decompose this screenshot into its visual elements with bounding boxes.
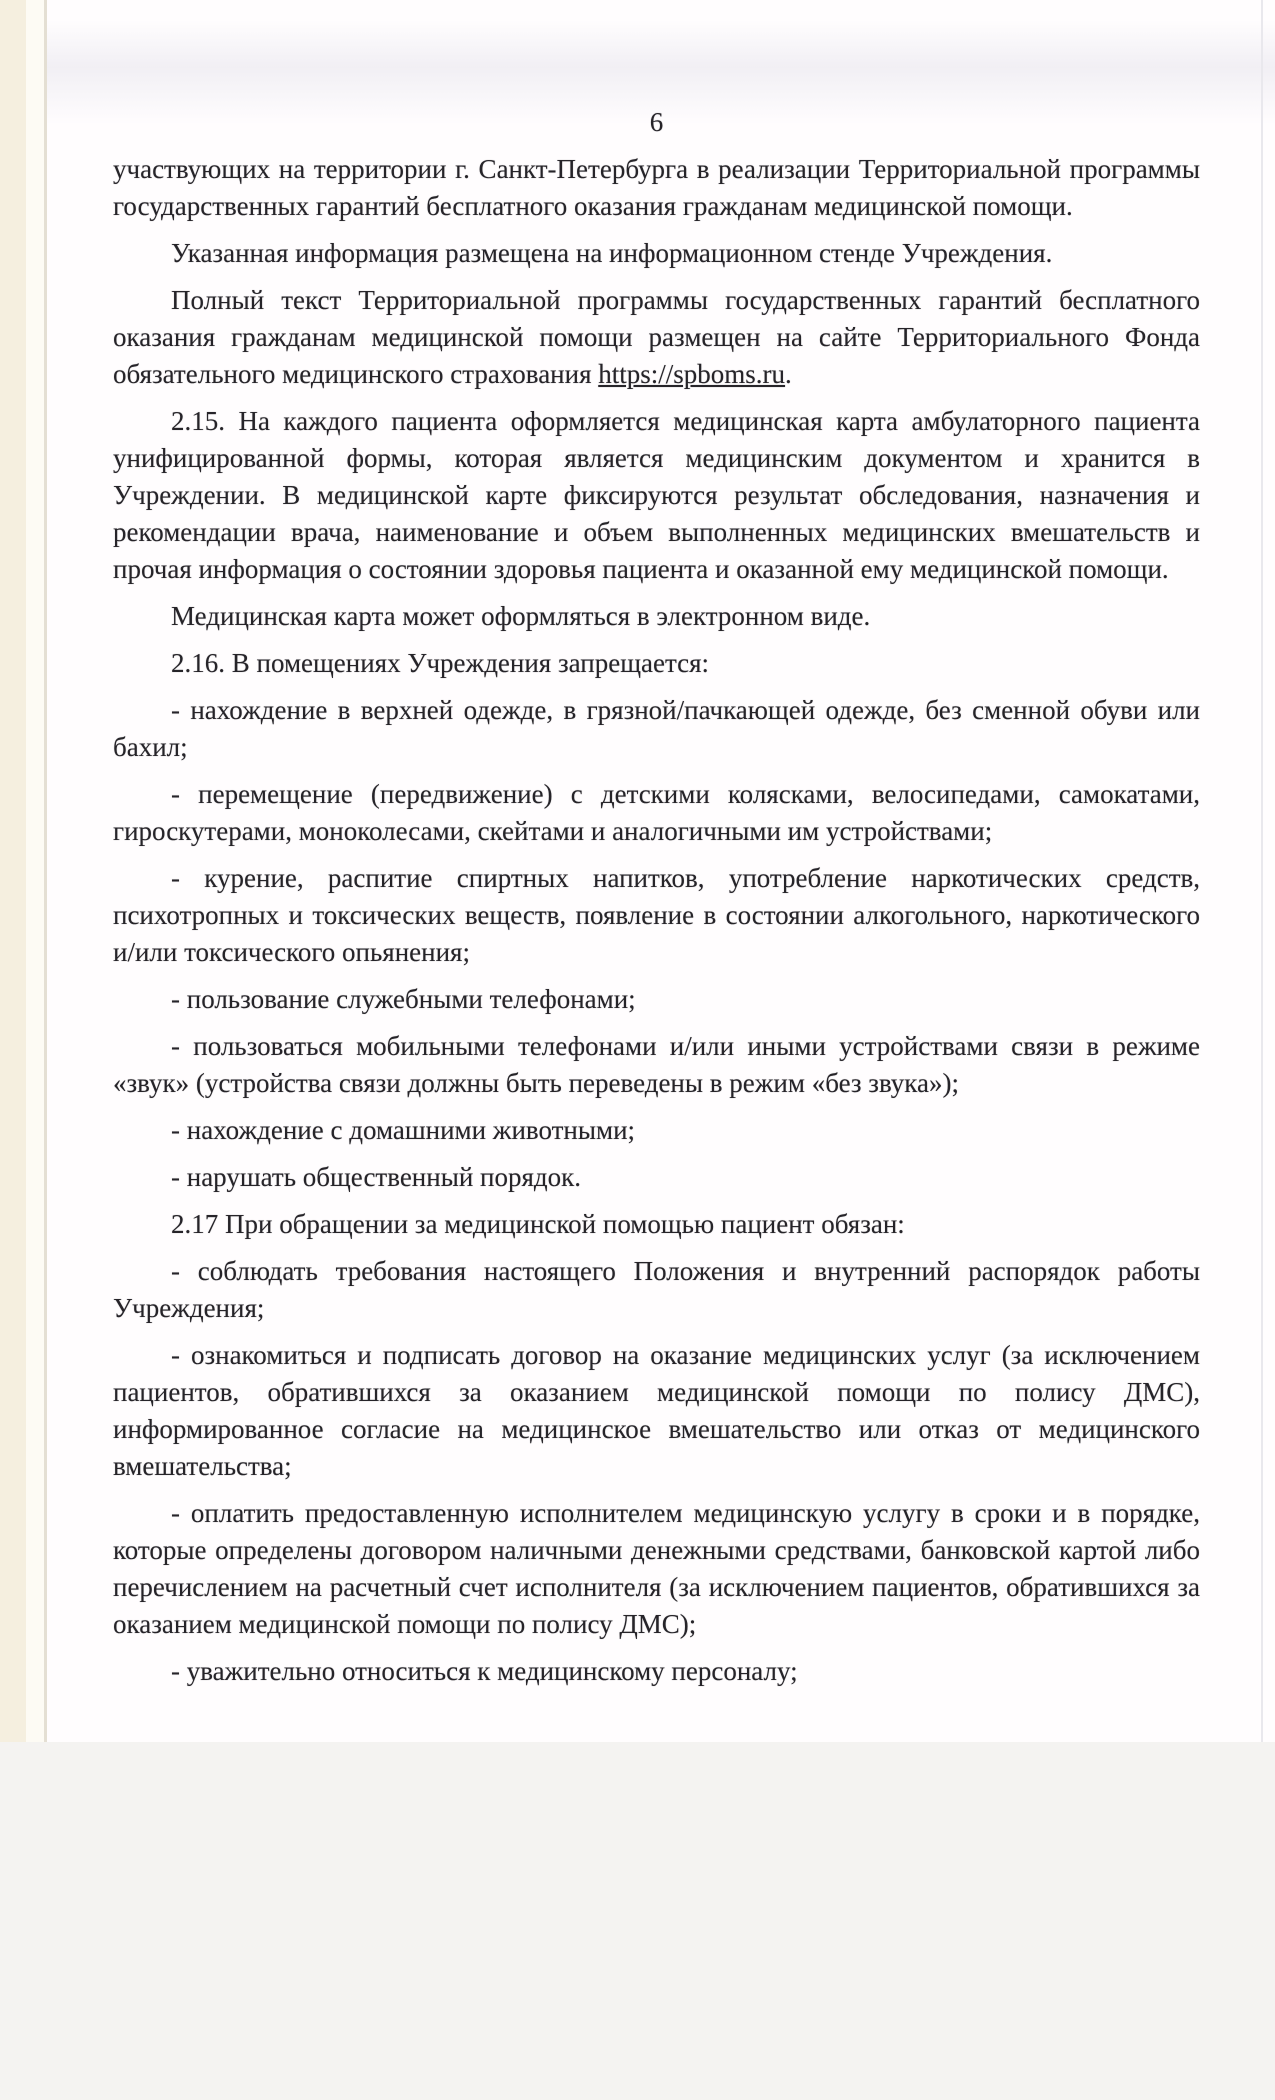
prohibited-item-pets: - нахождение с домашними животными;	[113, 1112, 1200, 1149]
continuation-paragraph: участвующих на территории г. Санкт-Петер…	[113, 151, 1200, 225]
page-left-edge-shadow	[44, 0, 47, 1742]
obligation-item-contract: - ознакомиться и подписать договор на ок…	[113, 1337, 1200, 1485]
page-left-inner-margin	[26, 0, 44, 1742]
spboms-link[interactable]: https://spboms.ru	[598, 359, 785, 389]
medical-card-electronic-paragraph: Медицинская карта может оформляться в эл…	[113, 598, 1200, 635]
page-right-edge-shadow	[1261, 0, 1263, 1742]
link-paragraph-post-text: .	[785, 359, 792, 389]
clause-2-17-heading: 2.17 При обращении за медицинской помощь…	[113, 1206, 1200, 1243]
page-content: 6 участвующих на территории г. Санкт-Пет…	[113, 104, 1200, 1700]
scanned-document-page: 6 участвующих на территории г. Санкт-Пет…	[0, 0, 1275, 1742]
prohibited-item-outerwear: - нахождение в верхней одежде, в грязной…	[113, 692, 1200, 766]
page-number: 6	[113, 104, 1200, 141]
clause-2-15-paragraph: 2.15. На каждого пациента оформляется ме…	[113, 403, 1200, 588]
obligation-item-respect-staff: - уважительно относиться к медицинскому …	[113, 1653, 1200, 1690]
prohibited-item-public-order: - нарушать общественный порядок.	[113, 1159, 1200, 1196]
clause-2-16-heading: 2.16. В помещениях Учреждения запрещаетс…	[113, 645, 1200, 682]
prohibited-item-office-phones: - пользование служебными телефонами;	[113, 981, 1200, 1018]
background-below-page	[0, 1742, 1275, 2100]
obligation-item-payment: - оплатить предоставленную исполнителем …	[113, 1495, 1200, 1643]
obligation-item-rules: - соблюдать требования настоящего Положе…	[113, 1253, 1200, 1327]
prohibited-item-vehicles: - перемещение (передвижение) с детскими …	[113, 776, 1200, 850]
info-stand-paragraph: Указанная информация размещена на информ…	[113, 235, 1200, 272]
prohibited-item-smoking-alcohol: - курение, распитие спиртных напитков, у…	[113, 860, 1200, 971]
program-link-paragraph: Полный текст Территориальной программы г…	[113, 282, 1200, 393]
page-left-edge-strip	[0, 0, 26, 1742]
prohibited-item-mobile-phones: - пользоваться мобильными телефонами и/и…	[113, 1028, 1200, 1102]
